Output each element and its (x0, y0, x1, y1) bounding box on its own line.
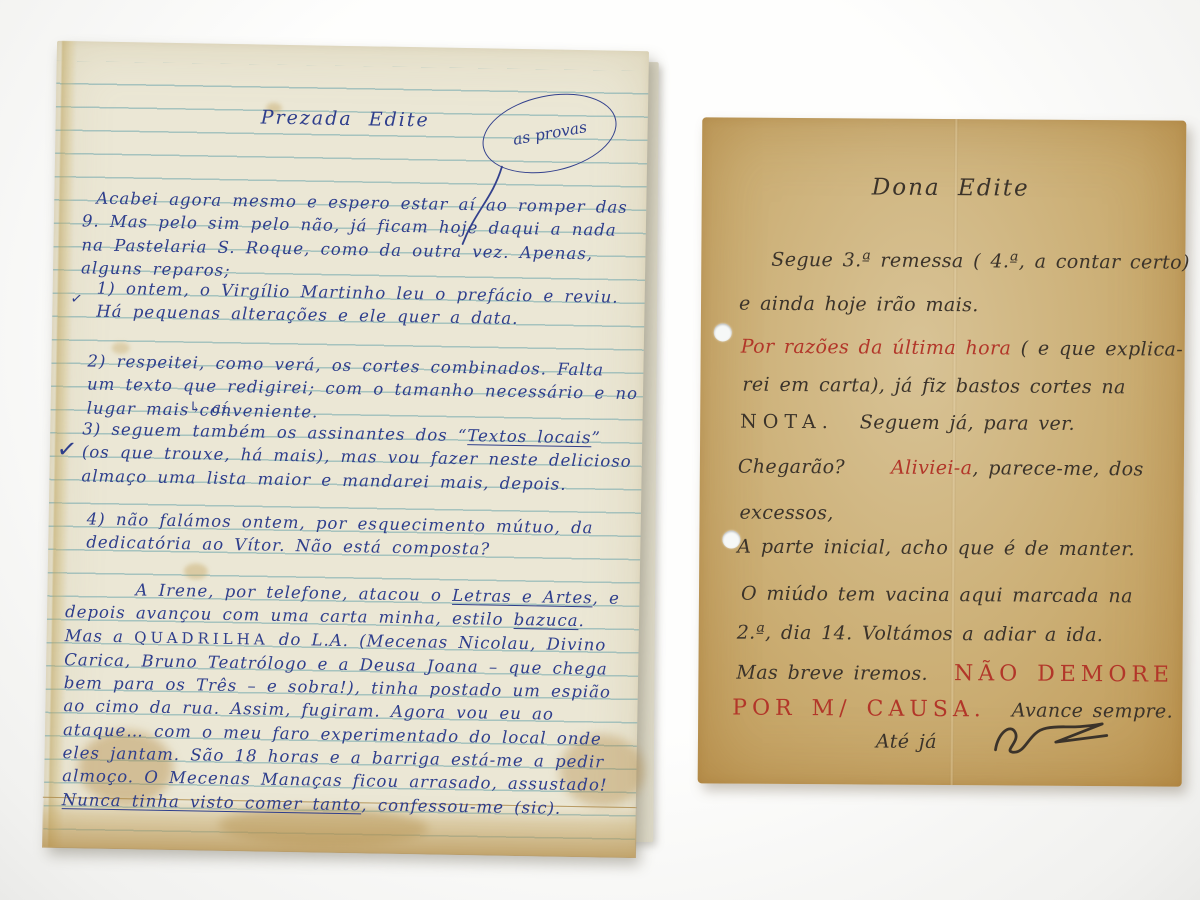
signature-scribble (984, 717, 1116, 762)
photo-background: Prezada Edite as provas Acabei agora mes… (0, 0, 1200, 900)
nota-caps: NOTA. (740, 411, 834, 434)
right-letter-line-5: NOTA.Seguem já, para ver. (740, 411, 1075, 435)
underlined-letras-e-artes: Letras e Artes (452, 586, 593, 607)
circled-annotation: as provas (475, 82, 624, 185)
right-letter-line-2: e ainda hoje irão mais. (739, 293, 979, 317)
checkmark-icon: ✓ (55, 434, 78, 464)
quadrilha-caps: QUADRILHA (134, 628, 269, 648)
letter-left: Prezada Edite as provas Acabei agora mes… (43, 41, 649, 857)
underlined-bazuca: bazuca (514, 610, 579, 630)
left-letter-item-4: 4) não falámos ontem, por esquecimento m… (86, 507, 639, 563)
paragraph-5-text: do L.A. (Mecenas Nicolau, Divino Carica,… (62, 629, 611, 795)
ink-text: Mas breve iremos. (736, 662, 928, 685)
right-letter-line-3: Por razões da última hora ( e que explic… (741, 336, 1184, 361)
por-m-causa-red-caps: POR M/ CAUSA. (732, 696, 986, 723)
right-letter-salutation: Dona Edite (872, 175, 1030, 202)
left-letter-item-2: 2) respeitei, como verá, os cortes combi… (86, 349, 639, 429)
checkmark-icon: ✓ (69, 290, 83, 308)
left-letter-salutation: Prezada Edite (261, 106, 430, 132)
left-letter-item-1: 1) ontem, o Virgílio Martinho leu o pref… (96, 277, 627, 333)
right-letter-line-4: rei em carta), já fiz bastos cortes na (742, 374, 1126, 399)
paragraph-5-text: , confessou-me (sic). (361, 795, 561, 817)
paragraph-5-text: A Irene, por telefone, atacou o (135, 580, 452, 605)
ink-text: ( e que explica- (1021, 338, 1184, 361)
letter-right: Dona Edite Segue 3.ª remessa ( 4.ª, a co… (698, 117, 1187, 786)
right-letter-line-8: A parte inicial, acho que é de manter. (737, 536, 1135, 561)
right-letter-line-6: Chegarão?Aliviei-a, parece-me, dos (738, 456, 1144, 481)
circled-annotation-text: as provas (511, 118, 588, 149)
red-ink-text: Por razões da última hora (741, 336, 1021, 360)
item-3-text: 3) seguem também os assinantes dos “ (82, 419, 467, 445)
right-letter-line-1: Segue 3.ª remessa ( 4.ª, a contar certo) (771, 249, 1190, 274)
right-letter-line-10: 2.ª, dia 14. Voltámos a adiar a ida. (737, 622, 1104, 647)
right-letter-line-9: O miúdo tem vacina aqui marcada na (741, 583, 1133, 608)
left-letter-paragraph-1: Acabei agora mesmo e espero estar aí ao … (81, 186, 631, 289)
ink-text: Seguem já, para ver. (860, 411, 1075, 435)
red-ink-text: Aliviei-a (891, 457, 973, 480)
item-3-underlined-title: Textos locais (467, 426, 591, 447)
left-letter-item-3: 3) seguem também os assinantes dos “Text… (81, 417, 634, 497)
ink-text: Chegarão? (738, 456, 845, 479)
left-letter-paragraph-5: A Irene, por telefone, atacou o Letras e… (62, 577, 632, 821)
underlined-nunca-tinha-visto: Nunca tinha visto comer tanto (62, 790, 362, 814)
right-letter-line-7: excessos, (739, 502, 833, 525)
right-letter-line-11: Mas breve iremos.NÃO DEMORE (736, 660, 1174, 688)
stain (184, 563, 208, 579)
right-letter-closing: Até já (876, 731, 937, 753)
left-letter-item-2-note: ↳ aí (188, 396, 227, 420)
nao-demore-red-caps: NÃO DEMORE (954, 661, 1174, 688)
ink-text: , parece-me, dos (972, 457, 1143, 480)
punch-hole (714, 323, 732, 341)
